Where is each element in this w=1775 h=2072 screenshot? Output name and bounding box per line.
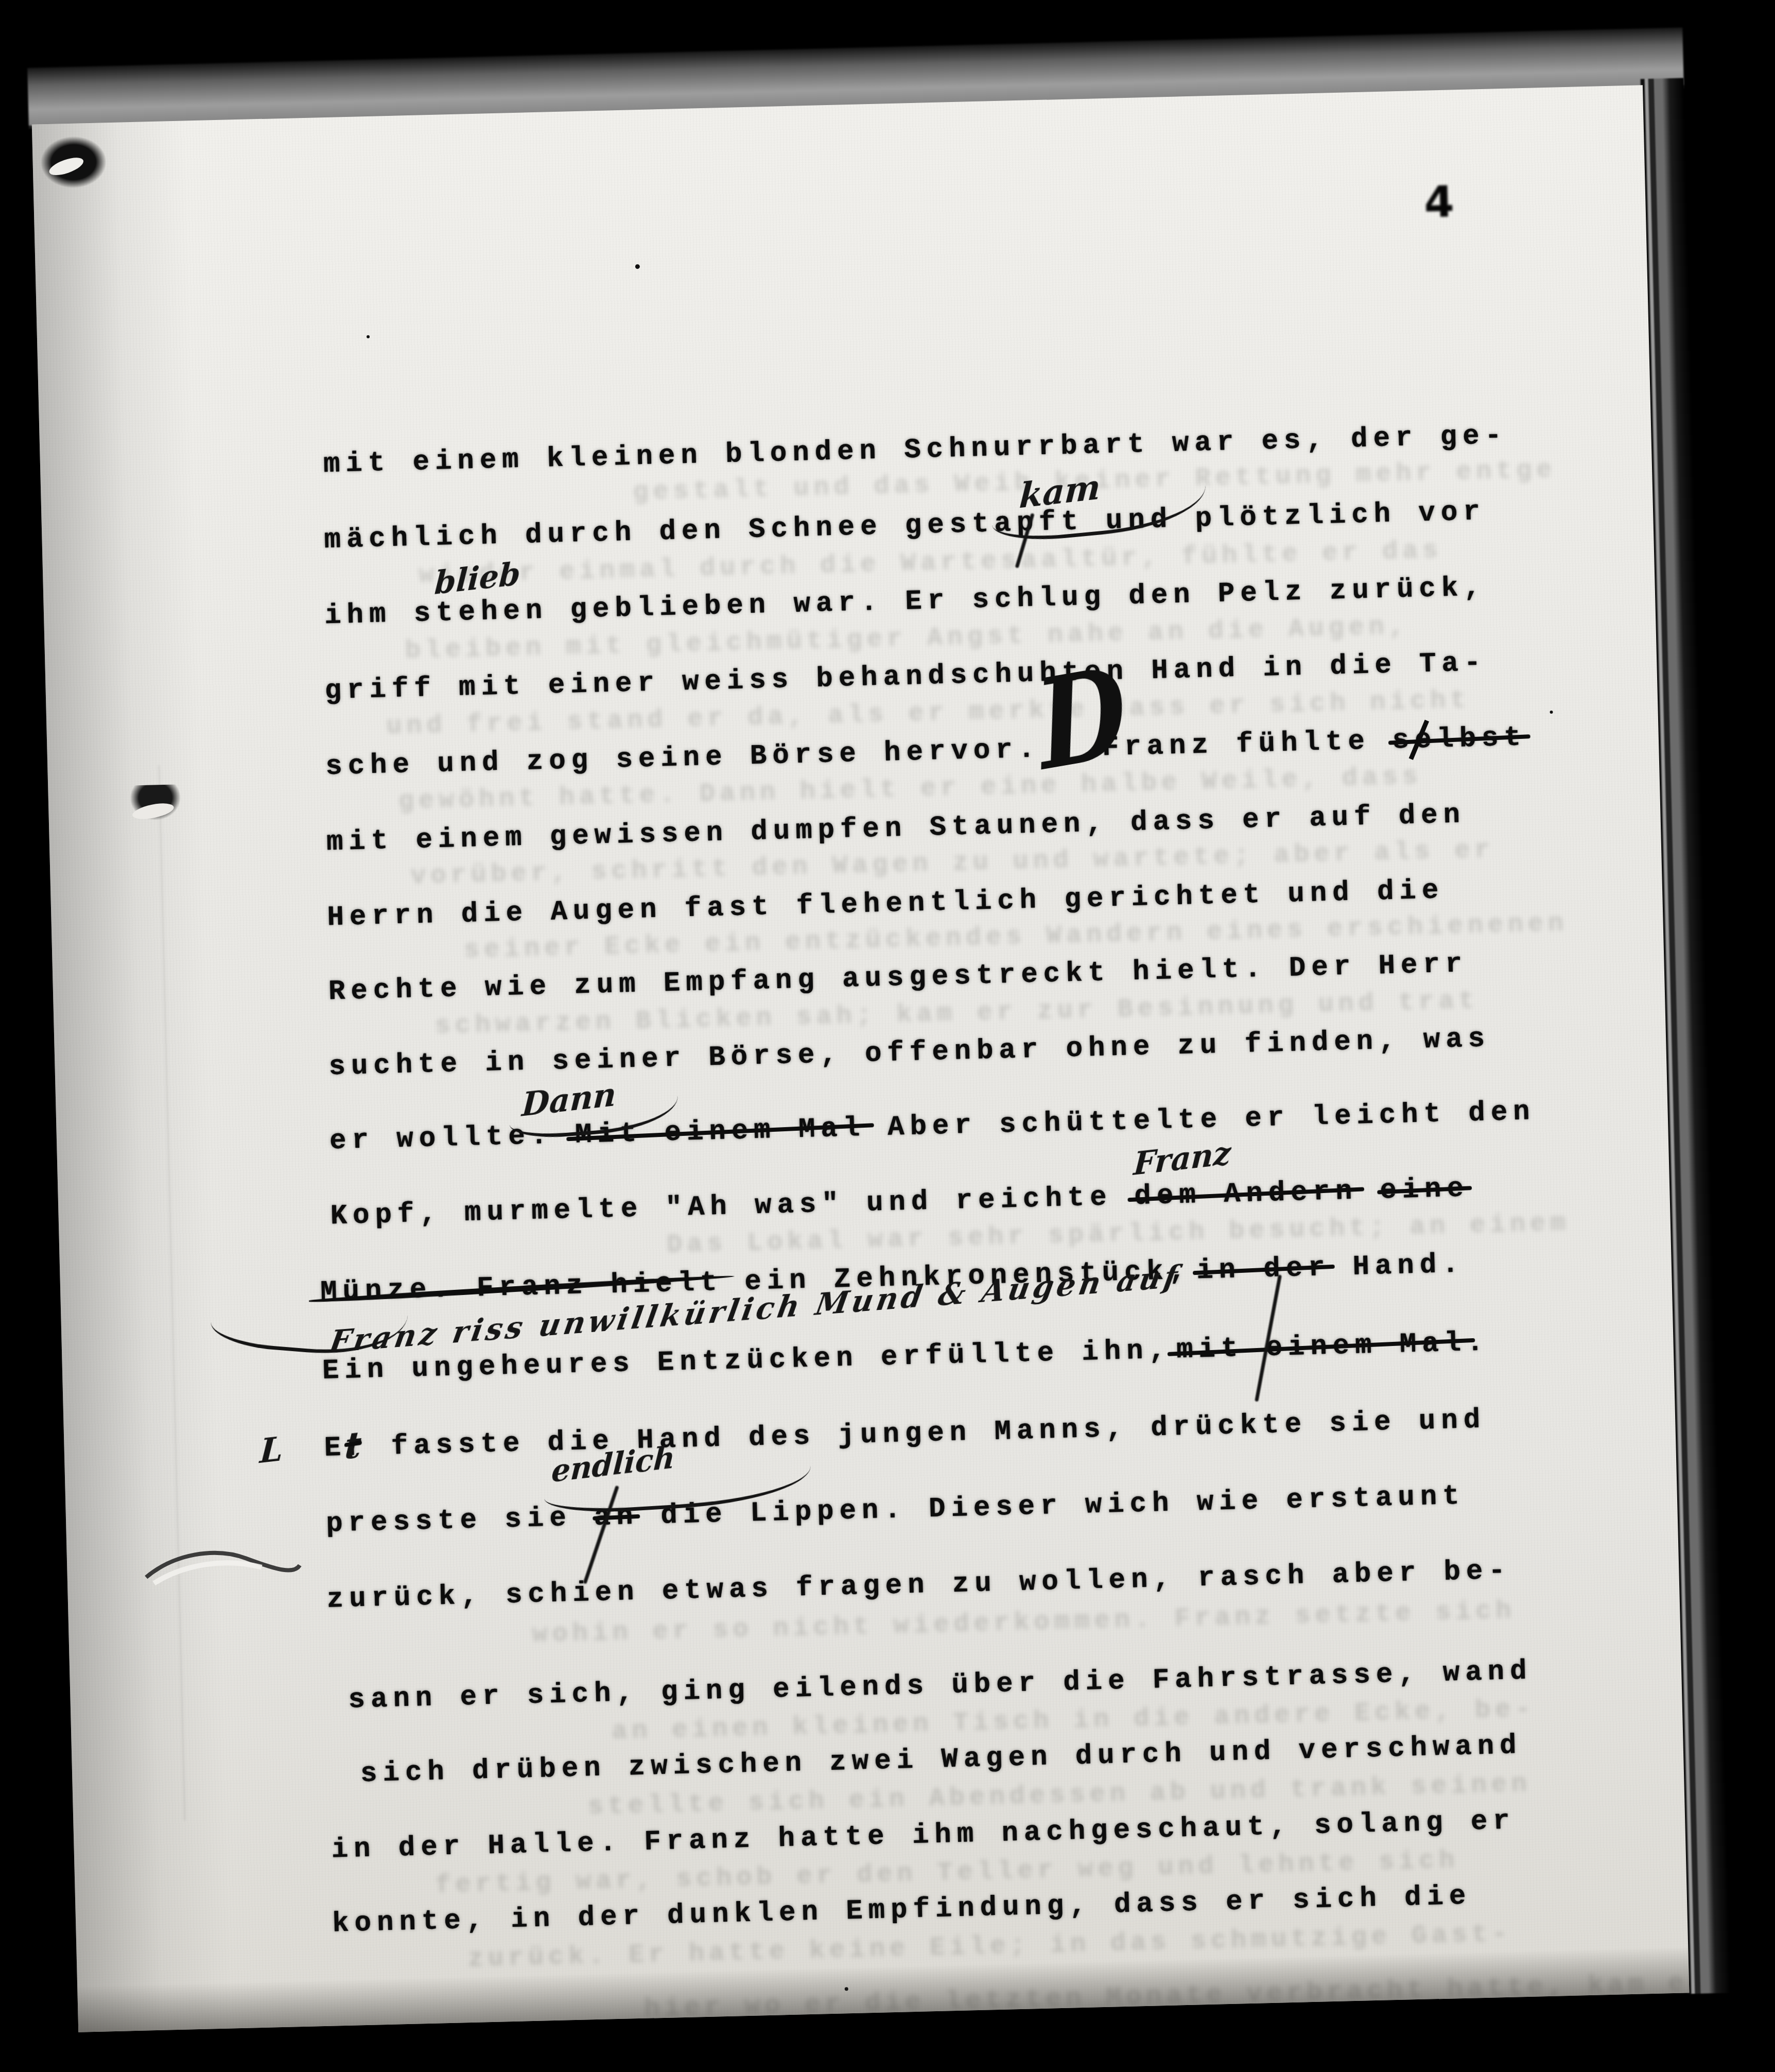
typed-text: Hand. bbox=[1352, 1251, 1465, 1281]
typed-text: presste sie bbox=[326, 1505, 572, 1539]
typed-text: Aber schüttelte er leicht den bbox=[887, 1098, 1536, 1142]
insertion-mark: D bbox=[1031, 651, 1135, 788]
manuscript-page: 4 gestalt und das Weib keiner Rettung me… bbox=[32, 85, 1690, 2032]
typed-text: . bbox=[1467, 1329, 1490, 1357]
strikethrough-text: eine bbox=[1380, 1175, 1470, 1205]
page-number: 4 bbox=[1423, 176, 1455, 227]
typed-text: Er fasste die Hand des jungen Manns, drü… bbox=[324, 1407, 1486, 1463]
strikethrough-text: dem Andern bbox=[1134, 1178, 1358, 1212]
punch-hole bbox=[38, 132, 112, 190]
punch-hole bbox=[124, 784, 187, 826]
strikethrough-text: in der bbox=[1196, 1254, 1331, 1285]
strikethrough-text: selbst bbox=[1392, 724, 1527, 755]
paper-crease bbox=[158, 765, 185, 1820]
ink-speck bbox=[635, 264, 640, 269]
manuscript-sheet: 4 gestalt und das Weib keiner Rettung me… bbox=[30, 27, 1730, 2035]
handwriting-franz: Franz bbox=[1133, 1135, 1232, 1183]
handwriting-mark-right: t bbox=[343, 1423, 362, 1468]
strikethrough-text: mit einem Mal bbox=[1176, 1329, 1467, 1365]
typed-line: Er fasste die Hand des jungen Manns, drü… bbox=[324, 1407, 1486, 1463]
handwriting-mark-left: L bbox=[259, 1429, 285, 1471]
ink-speck bbox=[845, 1987, 848, 1991]
typed-text: Franz fühlte bbox=[1102, 728, 1370, 763]
typed-text: die Lippen. Dieser wich wie erstaunt bbox=[660, 1483, 1465, 1530]
ink-speck bbox=[1550, 711, 1553, 714]
typed-line: presste sieandie Lippen. Dieser wich wie… bbox=[326, 1483, 1466, 1539]
ink-speck bbox=[367, 335, 370, 338]
bleedthrough-text: hier wo er die letzten Monate verbracht … bbox=[644, 1969, 1690, 2024]
paper-tear bbox=[143, 1544, 303, 1594]
